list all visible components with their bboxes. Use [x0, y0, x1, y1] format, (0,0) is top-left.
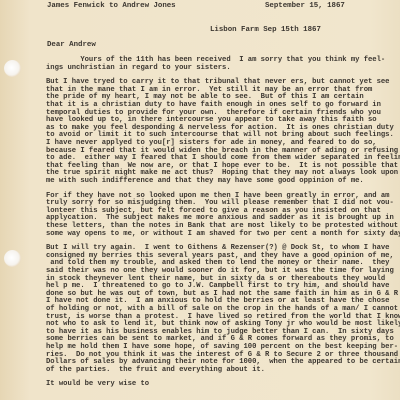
text-line: some way opens to me, or without I am sh…: [46, 231, 400, 238]
text-line: of the parties. the fruit and everything…: [46, 367, 265, 374]
text-line: me with such indifference and that they …: [46, 178, 364, 185]
punch-hole-top: [4, 60, 21, 77]
text-line: It would be very wise to: [46, 381, 149, 388]
header-correspondents: James Fenwick to Andrew Jones: [47, 2, 176, 10]
salutation: Dear Andrew: [47, 41, 96, 49]
letter-page: James Fenwick to Andrew Jones September …: [0, 0, 400, 400]
text-line: ings unchristian in regard to your siste…: [46, 65, 231, 72]
dateline: Lisbon Farm Sep 15th 1867: [210, 26, 321, 34]
header-date: September 15, 1867: [265, 2, 345, 10]
punch-hole-bottom: [4, 250, 21, 267]
